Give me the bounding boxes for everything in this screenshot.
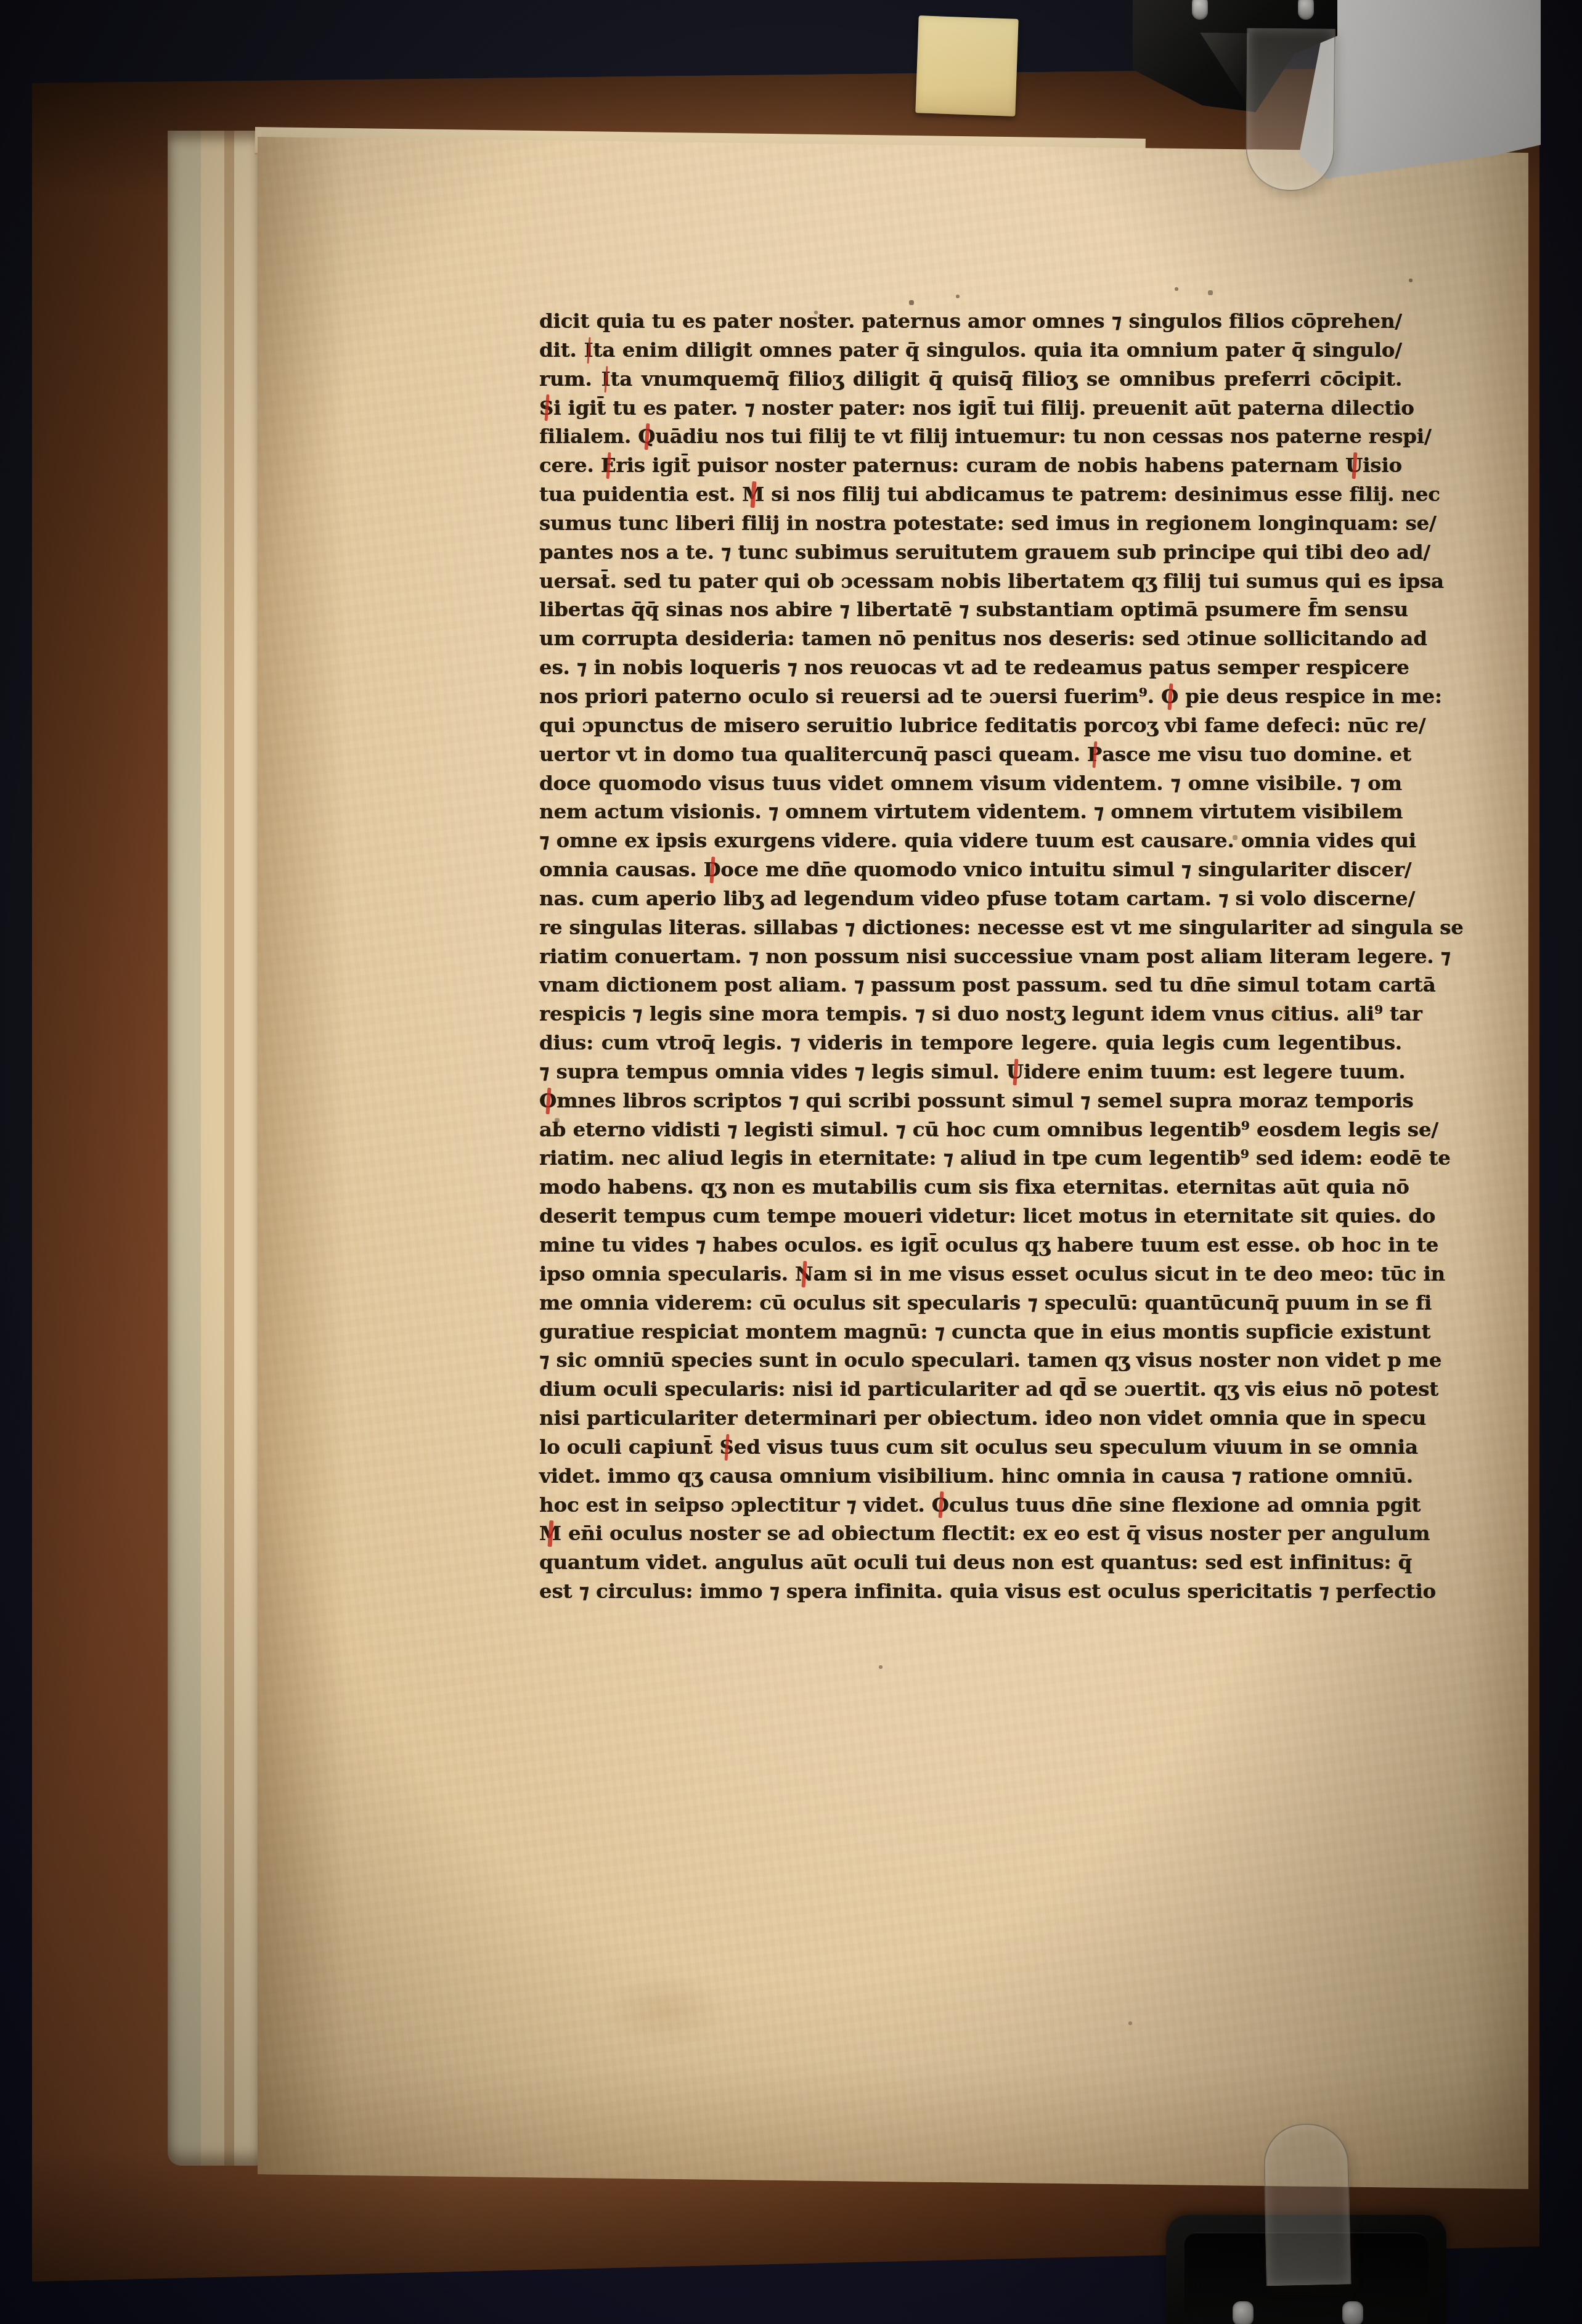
text-line: ab eterno vidisti ⁊ legisti simul. ⁊ cū … [539, 1115, 1402, 1144]
rubricated-initial: D [703, 855, 720, 884]
screw-icon [1233, 2301, 1254, 2324]
text-line: Omnes libros scriptos ⁊ qui scribi possu… [539, 1087, 1402, 1115]
rubricated-initial: O [1161, 682, 1178, 711]
text-line: uersat̄. sed tu pater qui ob ɔcessam nob… [539, 567, 1402, 596]
text-line: M en̄i oculus noster se ad obiectum flec… [539, 1519, 1402, 1548]
screw-icon [1298, 0, 1314, 20]
text-line: quantum videt. angulus aūt oculi tui deu… [539, 1548, 1402, 1577]
text-line: ⁊ supra tempus omnia vides ⁊ legis simul… [539, 1058, 1402, 1087]
page-fore-edges [168, 131, 261, 2166]
text-line: qui ɔpunctus de misero seruitio lubrice … [539, 711, 1402, 740]
rubricated-initial: O [539, 1087, 557, 1115]
rubricated-initial: M [742, 480, 764, 509]
top-acrylic-strap [1246, 28, 1335, 191]
rubricated-initial: O [932, 1491, 949, 1520]
text-line: respicis ⁊ legis sine mora tempis. ⁊ si … [539, 1000, 1402, 1029]
text-line: cere. Eris igit̄ puisor noster paternus:… [539, 451, 1402, 480]
text-line: rum. Ita vnumquemq̄ filioʒ diligit q̄ qu… [539, 365, 1402, 394]
paper-stain [603, 1973, 726, 2047]
text-line: re singulas literas. sillabas ⁊ dictione… [539, 913, 1402, 942]
text-line: nem actum visionis. ⁊ omnem virtutem vid… [539, 797, 1402, 826]
text-line: dius: cum vtroq̄ legis. ⁊ videris in tem… [539, 1029, 1402, 1058]
text-line: lo oculi capiunt̄ Sed visus tuus cum sit… [539, 1433, 1402, 1462]
text-line: nisi particulariter determinari per obie… [539, 1404, 1402, 1433]
text-line: pantes nos a te. ⁊ tunc subimus seruitut… [539, 538, 1402, 567]
text-line: doce quomodo visus tuus videt omnem visu… [539, 769, 1402, 798]
text-line: filialem. Quādiu nos tui filij te vt fil… [539, 422, 1402, 451]
text-line: hoc est in seipso ɔplectitur ⁊ videt. Oc… [539, 1491, 1402, 1520]
text-line: Si igit̄ tu es pater. ⁊ noster pater: no… [539, 394, 1402, 423]
rubricated-initial: M [539, 1519, 561, 1548]
text-line: est ⁊ circulus: immo ⁊ spera infinita. q… [539, 1577, 1402, 1606]
photo-scene: dicit quia tu es pater noster. paternus … [0, 0, 1582, 2324]
text-line: mine tu vides ⁊ habes oculos. es igit̄ o… [539, 1231, 1402, 1260]
text-line: dicit quia tu es pater noster. paternus … [539, 307, 1402, 336]
rubricated-initial: E [601, 451, 616, 480]
text-line: dium oculi specularis: nisi id particula… [539, 1375, 1402, 1404]
text-line: ⁊ omne ex ipsis exurgens videre. quia vi… [539, 826, 1402, 855]
screw-icon [1342, 2301, 1363, 2324]
rubricated-initial: N [795, 1260, 813, 1289]
bookmark-tab [915, 15, 1018, 116]
rubricated-initial: U [1345, 451, 1363, 480]
book-page: dicit quia tu es pater noster. paternus … [258, 137, 1528, 2189]
text-line: libertas q̄q̄ sinas nos abire ⁊ libertat… [539, 595, 1402, 624]
foxing-specks [258, 137, 259, 138]
rubricated-initial: S [539, 394, 553, 423]
text-line: es. ⁊ in nobis loqueris ⁊ nos reuocas vt… [539, 653, 1402, 682]
text-line: nas. cum aperio libʒ ad legendum video p… [539, 884, 1402, 913]
text-line: modo habens. qʒ non es mutabilis cum sis… [539, 1173, 1402, 1202]
printed-text-block: dicit quia tu es pater noster. paternus … [539, 307, 1402, 1606]
rubricated-initial: I [601, 365, 611, 394]
text-line: sumus tunc liberi filij in nostra potest… [539, 509, 1402, 538]
text-line: riatim conuertam. ⁊ non possum nisi succ… [539, 942, 1402, 971]
text-line: uertor vt in domo tua qualitercunq̄ pasc… [539, 740, 1402, 769]
text-line: ipso omnia specularis. Nam si in me visu… [539, 1260, 1402, 1289]
text-line: ⁊ sic omniū species sunt in oculo specul… [539, 1346, 1402, 1375]
text-line: dit. Ita enim diligit omnes pater q̄ sin… [539, 336, 1402, 365]
rubricated-initial: Q [638, 422, 655, 451]
bottom-acrylic-strap [1263, 2123, 1351, 2286]
text-line: tua puidentia est. M si nos filij tui ab… [539, 480, 1402, 509]
text-line: deserit tempus cum tempe moueri videtur:… [539, 1202, 1402, 1231]
text-line: videt. immo qʒ causa omnium visibilium. … [539, 1462, 1402, 1491]
text-line: omnia causas. Doce me dn̄e quomodo vnico… [539, 855, 1402, 884]
text-line: me omnia viderem: cū oculus sit specular… [539, 1289, 1402, 1318]
rubricated-initial: U [1006, 1058, 1024, 1087]
rubricated-initial: P [1087, 740, 1102, 769]
text-line: nos priori paterno oculo si reuersi ad t… [539, 682, 1402, 711]
text-line: vnam dictionem post aliam. ⁊ passum post… [539, 971, 1402, 1000]
rubricated-initial: I [584, 336, 593, 365]
text-line: um corrupta desideria: tamen nō penitus … [539, 624, 1402, 653]
text-line: riatim. nec aliud legis in eternitate: ⁊… [539, 1144, 1402, 1173]
screw-icon [1192, 0, 1208, 20]
rubricated-initial: S [720, 1433, 734, 1462]
text-line: guratiue respiciat montem magnū: ⁊ cunct… [539, 1318, 1402, 1347]
